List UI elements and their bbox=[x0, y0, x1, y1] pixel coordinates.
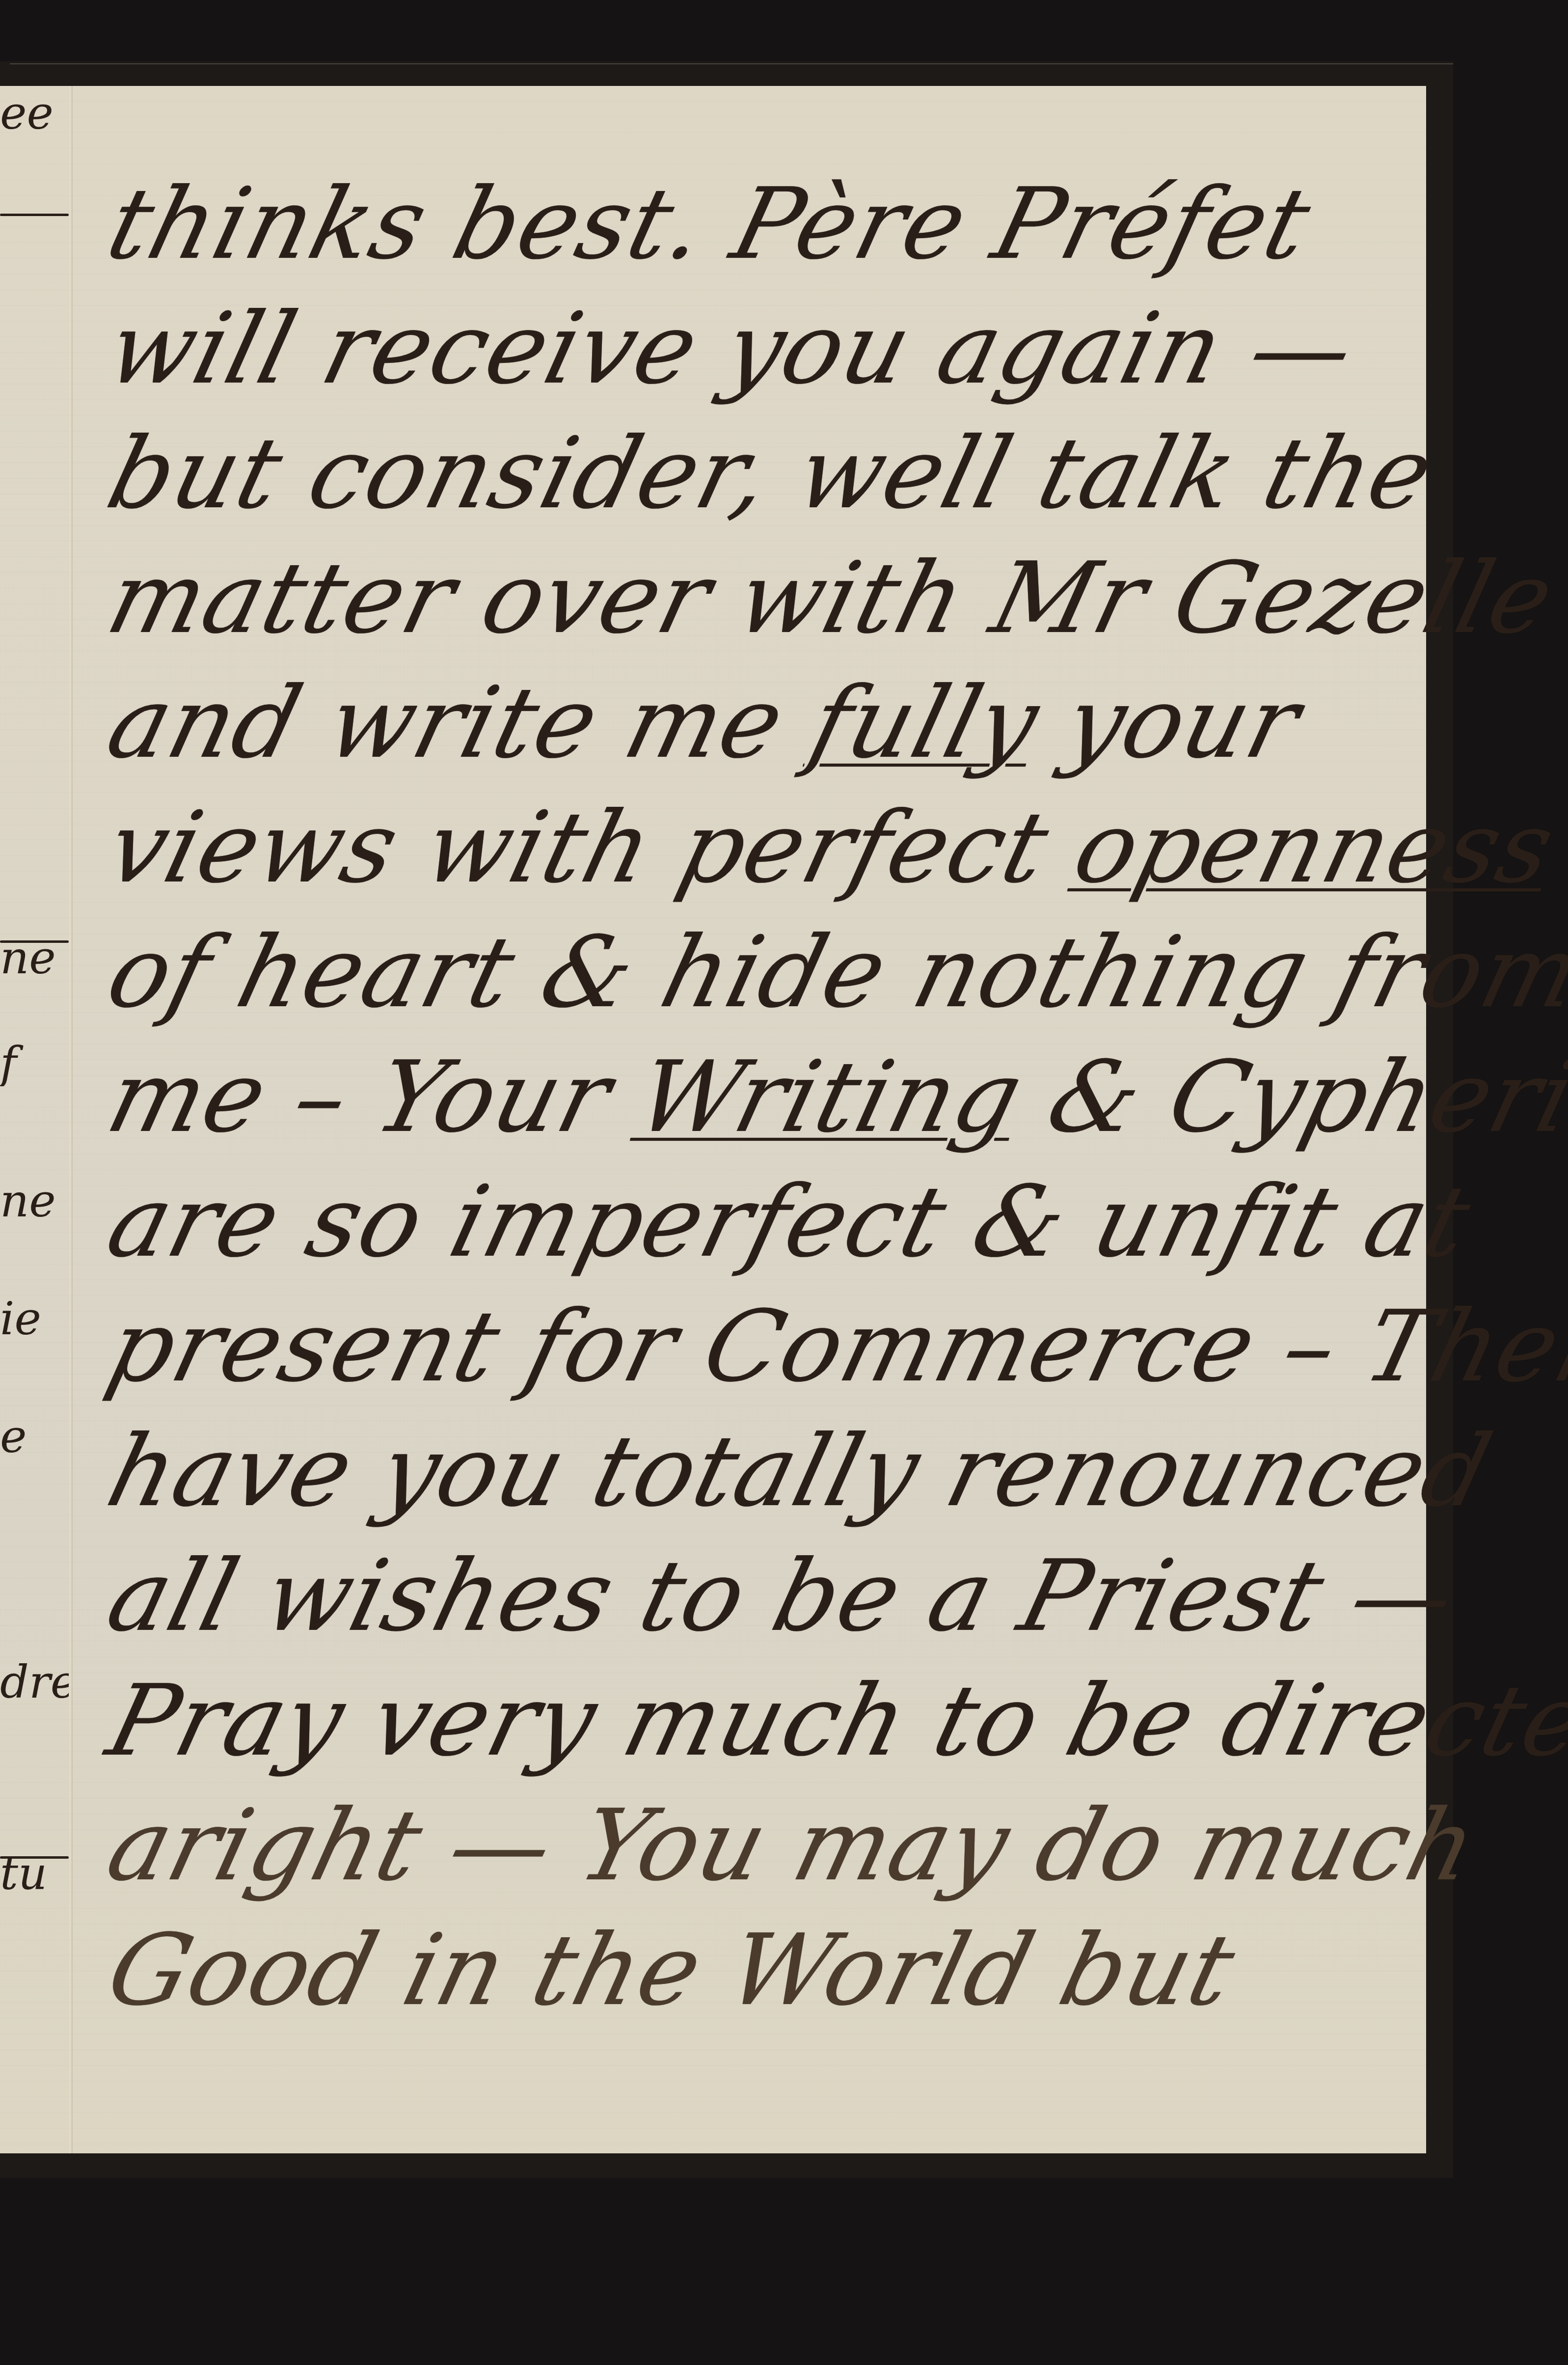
letter-line: Pray very much to be directed bbox=[96, 1659, 1462, 1784]
left-page-fragments: eenefneieedresstu bbox=[0, 86, 74, 2153]
letter-line: are so imperfect & unfit at bbox=[96, 1160, 1462, 1285]
fragment-text: tu bbox=[0, 1851, 69, 1897]
letter-line: aright — You may do much bbox=[96, 1784, 1462, 1908]
letter-line: all wishes to be a Priest — bbox=[96, 1534, 1462, 1659]
letter-line: have you totally renounced bbox=[96, 1409, 1462, 1534]
fragment-text: ie bbox=[0, 1296, 69, 1342]
underlined-word: Writing bbox=[626, 1040, 1033, 1155]
letter-line: Good in the World but bbox=[96, 1908, 1462, 2033]
fragment-text: ne bbox=[0, 1179, 69, 1224]
fragment-text: f bbox=[0, 1041, 69, 1086]
letter-body: thinks best. Père Préfet will receive yo… bbox=[96, 162, 1431, 2033]
underlined-word: fully bbox=[799, 666, 1051, 780]
letter-line: me – Your Writing & Cyphering bbox=[96, 1035, 1462, 1160]
fragment-text: ee bbox=[0, 91, 69, 136]
letter-line: will receive you again — bbox=[96, 287, 1462, 412]
fragment-text: ne bbox=[0, 935, 69, 981]
letter-line: thinks best. Père Préfet bbox=[96, 162, 1462, 287]
fragment-text: e bbox=[0, 1414, 69, 1459]
fragment-dash bbox=[0, 214, 69, 216]
letter-line: of heart & hide nothing from bbox=[96, 910, 1462, 1035]
letter-line: views with perfect openness bbox=[96, 786, 1462, 910]
letter-line: but consider, well talk the bbox=[96, 412, 1462, 536]
letter-line: present for Commerce – Then bbox=[96, 1285, 1462, 1409]
letter-line: matter over with Mr Gezelle bbox=[96, 536, 1462, 661]
fragment-text: dress bbox=[0, 1660, 69, 1705]
letter-line: and write me fully your bbox=[96, 661, 1462, 786]
underlined-word: openness bbox=[1064, 791, 1566, 905]
